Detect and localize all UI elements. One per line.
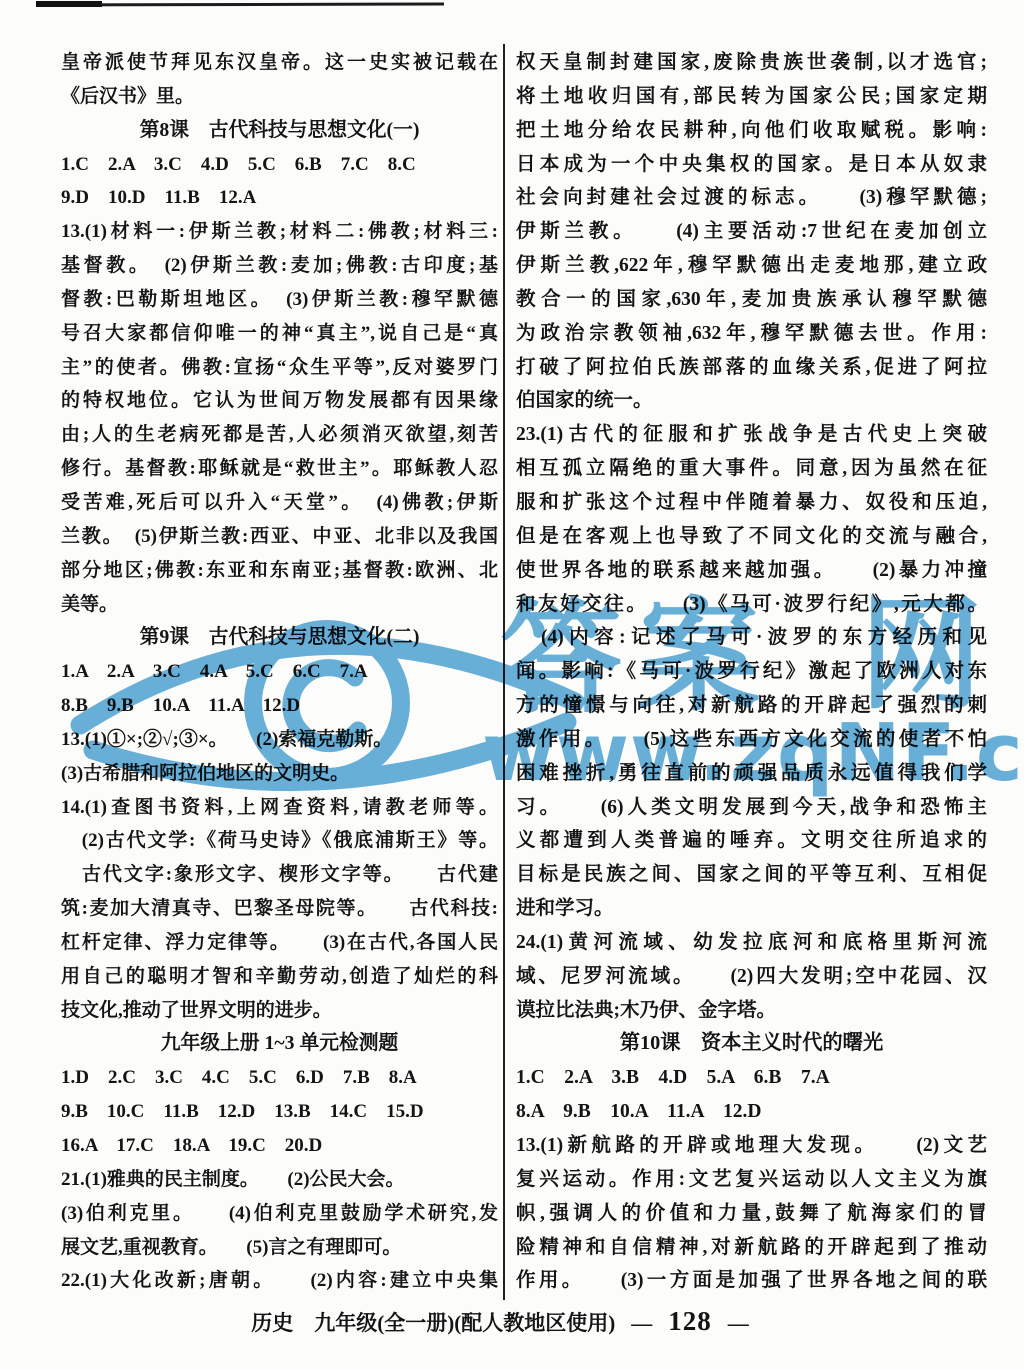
answer-text-line: 基督教。 (2)伊斯兰教:麦加;佛教:古印度;基	[61, 249, 498, 283]
answer-text-line: 为政治宗教领袖,632年,穆罕默德去世。作用:	[516, 317, 987, 351]
answer-text-line: 帜,强调人的价值和力量,鼓舞了航海家们的冒	[516, 1197, 987, 1231]
answer-text-line: 9.D 10.D 11.B 12.A	[61, 181, 498, 215]
answer-text-line: 激作用。 (5)这些东西方文化交流的使者不怕	[516, 723, 987, 757]
answer-text-line: 义都遭到人类普遍的唾弃。文明交往所追求的	[516, 824, 987, 858]
answer-text-line: 目标是民族之间、国家之间的平等互利、互相促	[516, 858, 987, 892]
answer-text-line: 9.B 10.C 11.B 12.D 13.B 14.C 15.D	[61, 1095, 498, 1129]
answer-text-line: 14.(1)查图书资料,上网查资料,请教老师等。	[61, 791, 498, 825]
answer-text-line: 但是在客观上也导致了不同文化的交流与融合,	[516, 520, 987, 554]
answer-text-line: 作用。 (3)一方面是加强了世界各地之间的联	[516, 1264, 987, 1298]
answer-text-line: 22.(1)大化改新;唐朝。 (2)内容:建立中央集	[61, 1264, 498, 1298]
answer-text-line: 技文化,推动了世界文明的进步。	[61, 994, 498, 1028]
footer-dash-right: —	[728, 1311, 749, 1336]
answer-text-line: 由;人的生老病死都是苦,人必须消灭欲望,刻苦	[61, 418, 498, 452]
answer-text-line: 兰教。 (5)伊斯兰教:西亚、中亚、北非以及我国	[61, 520, 498, 554]
answer-text-line: 《后汉书》里。	[61, 80, 498, 114]
answer-text-line: (3)伯利克里。 (4)伯利克里鼓励学术研究,发	[61, 1197, 498, 1231]
answer-text-line: (2)古代文学:《荷马史诗》《俄底浦斯王》等。	[61, 824, 498, 858]
answer-text-line: 主”的使者。佛教:宣扬“众生平等”,反对婆罗门	[61, 351, 498, 385]
column-divider	[503, 44, 505, 1300]
answer-text-line: 方的憧憬与向往,对新航路的开辟起了强烈的刺	[516, 689, 987, 723]
answer-text-line: 8.B 9.B 10.A 11.A 12.D	[61, 689, 498, 723]
footer-book-title: 历史 九年级(全一册)(配人教地区使用)	[251, 1307, 615, 1337]
answer-text-line: 险精神和自信精神,对新航路的开辟起到了推动	[516, 1231, 987, 1265]
section-heading: 九年级上册 1~3 单元检测题	[61, 1027, 498, 1061]
answer-text-line: 8.A 9.B 10.A 11.A 12.D	[516, 1095, 987, 1129]
answer-text-line: 13.(1)材料一:伊斯兰教;材料二:佛教;材料三:	[61, 215, 498, 249]
page: { "document": { "left_column_lines": [ {…	[0, 0, 1024, 1369]
answer-text-line: 伊斯兰教,622年,穆罕默德出走麦地那,建立政	[516, 249, 987, 283]
answer-text-line: 24.(1)黄河流域、幼发拉底河和底格里斯河流	[516, 926, 987, 960]
footer-page-number: 128	[668, 1306, 712, 1337]
answers-column-right: 权天皇制封建国家,废除贵族世袭制,以才选官;将土地收归国有,部民转为国家公民;国…	[516, 46, 987, 1298]
answer-text-line: 修行。基督教:耶稣就是“救世主”。耶稣教人忍	[61, 452, 498, 486]
answer-text-line: 打破了阿拉伯氏族部落的血缘关系,促进了阿拉	[516, 351, 987, 385]
answer-text-line: 号召大家都信仰唯一的神“真主”,说自己是“真	[61, 317, 498, 351]
answer-text-line: 服和扩张这个过程中伴随着暴力、奴役和压迫,	[516, 486, 987, 520]
answers-column-left: 皇帝派使节拜见东汉皇帝。这一史实被记载在《后汉书》里。第8课 古代科技与思想文化…	[61, 46, 498, 1298]
answer-text-line: 皇帝派使节拜见东汉皇帝。这一史实被记载在	[61, 46, 498, 80]
answer-text-line: 1.D 2.C 3.C 4.C 5.C 6.D 7.B 8.A	[61, 1061, 498, 1095]
answer-text-line: 督教:巴勒斯坦地区。 (3)伊斯兰教:穆罕默德	[61, 283, 498, 317]
answer-text-line: 受苦难,死后可以升入“天堂”。 (4)佛教;伊斯	[61, 486, 498, 520]
answer-text-line: 进和学习。	[516, 892, 987, 926]
answer-text-line: 1.A 2.A 3.C 4.A 5.C 6.C 7.A	[61, 655, 498, 689]
answer-text-line: 谟拉比法典;木乃伊、金字塔。	[516, 994, 987, 1028]
answer-text-line: 1.C 2.A 3.B 4.D 5.A 6.B 7.A	[516, 1061, 987, 1095]
answer-text-line: 伊斯兰教。 (4)主要活动:7世纪在麦加创立	[516, 215, 987, 249]
answer-text-line: 将土地收归国有,部民转为国家公民;国家定期	[516, 80, 987, 114]
answer-text-line: 美等。	[61, 588, 498, 622]
answer-text-line: 教合一的国家,630年,麦加贵族承认穆罕默德	[516, 283, 987, 317]
footer-dash-left: —	[631, 1311, 652, 1336]
answer-text-line: 日本成为一个中央集权的国家。是日本从奴隶	[516, 148, 987, 182]
page-footer: 历史 九年级(全一册)(配人教地区使用) — 128 —	[0, 1306, 1000, 1337]
answer-text-line: (3)古希腊和阿拉伯地区的文明史。	[61, 757, 498, 791]
answer-text-line: 筑:麦加大清真寺、巴黎圣母院等。 古代科技:	[61, 892, 498, 926]
answer-text-line: 部分地区;佛教:东亚和东南亚;基督教:欧洲、北	[61, 554, 498, 588]
answer-text-line: 权天皇制封建国家,废除贵族世袭制,以才选官;	[516, 46, 987, 80]
answer-text-line: 闻。影响:《马可·波罗行纪》激起了欧洲人对东	[516, 655, 987, 689]
answer-text-line: 杠杆定律、浮力定律等。 (3)在古代,各国人民	[61, 926, 498, 960]
answer-text-line: 16.A 17.C 18.A 19.C 20.D	[61, 1129, 498, 1163]
scan-edge-mark	[36, 1, 102, 7]
answer-text-line: 展文艺,重视教育。 (5)言之有理即可。	[61, 1231, 498, 1265]
answer-text-line: 和友好交往。 (3)《马可·波罗行纪》,元大都。	[516, 588, 987, 622]
answer-text-line: 把土地分给农民耕种,向他们收取赋税。影响:	[516, 114, 987, 148]
answer-text-line: 21.(1)雅典的民主制度。 (2)公民大会。	[61, 1163, 498, 1197]
section-heading: 第10课 资本主义时代的曙光	[516, 1027, 987, 1061]
answer-text-line: 13.(1)新航路的开辟或地理大发现。 (2)文艺	[516, 1129, 987, 1163]
answer-text-line: 古代文字:象形文字、楔形文字等。 古代建	[61, 858, 498, 892]
answer-text-line: 伯国家的统一。	[516, 384, 987, 418]
answer-text-line: 1.C 2.A 3.C 4.D 5.C 6.B 7.C 8.C	[61, 148, 498, 182]
answer-text-line: 习。 (6)人类文明发展到今天,战争和恐怖主	[516, 791, 987, 825]
answer-text-line: 相互孤立隔绝的重大事件。同意,因为虽然在征	[516, 452, 987, 486]
answer-text-line: 用自己的聪明才智和辛勤劳动,创造了灿烂的科	[61, 960, 498, 994]
answer-text-line: 23.(1)古代的征服和扩张战争是古代史上突破	[516, 418, 987, 452]
section-heading: 第8课 古代科技与思想文化(一)	[61, 114, 498, 148]
answer-text-line: 社会向封建社会过渡的标志。 (3)穆罕默德;	[516, 181, 987, 215]
answer-text-line: 域、尼罗河流域。 (2)四大发明;空中花园、汉	[516, 960, 987, 994]
answer-text-line: 困难挫折,勇往直前的顽强品质永远值得我们学	[516, 757, 987, 791]
answer-text-line: 13.(1)①×;②√;③×。 (2)索福克勒斯。	[61, 723, 498, 757]
answer-text-line: 复兴运动。作用:文艺复兴运动以人文主义为旗	[516, 1163, 987, 1197]
section-heading: 第9课 古代科技与思想文化(二)	[61, 621, 498, 655]
answer-text-line: (4)内容:记述了马可·波罗的东方经历和见	[516, 621, 987, 655]
answer-text-line: 的特权地位。它认为世间万物发展都有因果缘	[61, 384, 498, 418]
answer-text-line: 使世界各地的联系越来越加强。 (2)暴力冲撞	[516, 554, 987, 588]
